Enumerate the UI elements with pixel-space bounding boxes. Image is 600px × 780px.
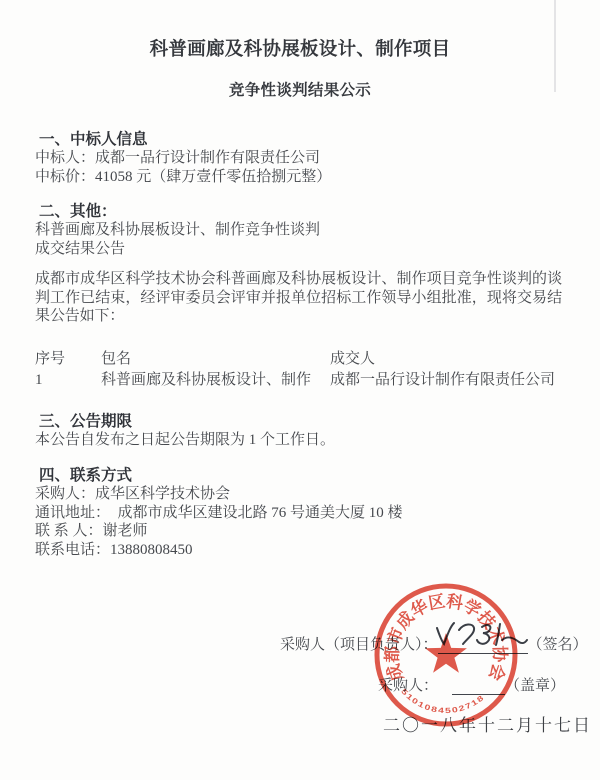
section3-heading: 三、公告期限 <box>35 412 562 431</box>
cell-package: 科普画廊及科协展板设计、制作 <box>101 371 330 390</box>
negotiation-title-line: 科普画廊及科协展板设计、制作竞争性谈判 <box>35 221 562 240</box>
section1-heading: 一、中标人信息 <box>35 130 562 149</box>
col-header-winner: 成交人 <box>330 350 562 369</box>
seal-row: 采购人： （盖章） <box>378 674 565 695</box>
buyer-line: 采购人：成华区科学技术协会 <box>35 485 562 504</box>
contact-person-line: 联 系 人：谢老师 <box>35 522 562 541</box>
table-row: 1 科普画廊及科协展板设计、制作 成都一品行设计制作有限责任公司 <box>35 371 562 390</box>
section-contact-info: 四、联系方式 采购人：成华区科学技术协会 通讯地址： 成都市成华区建设北路 76… <box>35 466 562 560</box>
winner-line: 中标人：成都一品行设计制作有限责任公司 <box>35 149 562 168</box>
section2-heading: 二、其他： <box>35 202 562 221</box>
period-line: 本公告自发布之日起公告期限为 1 个工作日。 <box>35 431 562 450</box>
phone-line: 联系电话：13880808450 <box>35 541 562 560</box>
result-announcement-line: 成交结果公告 <box>35 240 562 259</box>
handwritten-signature <box>432 618 536 652</box>
section4-heading: 四、联系方式 <box>35 466 562 485</box>
official-seal-stamp: 成都市成华区科学技术协会 5101084502718 <box>371 580 521 730</box>
signature-suffix: （签名） <box>528 633 588 654</box>
document-date: 二〇一八年十二月十七日 <box>383 711 592 736</box>
document-body: 一、中标人信息 中标人：成都一品行设计制作有限责任公司 中标价：41058 元（… <box>35 130 562 560</box>
address-line: 通讯地址： 成都市成华区建设北路 76 号通美大厦 10 楼 <box>35 504 562 523</box>
section-other: 二、其他： 科普画廊及科协展板设计、制作竞争性谈判 成交结果公告 成都市成华区科… <box>35 202 562 326</box>
cell-winner: 成都一品行设计制作有限责任公司 <box>330 371 562 390</box>
signature-label: 采购人（项目负责人）： <box>280 633 438 654</box>
seal-suffix: （盖章） <box>505 674 565 695</box>
document-title-line1: 科普画廊及科协展板设计、制作项目 <box>0 35 600 61</box>
price-line: 中标价：41058 元（肆万壹仟零伍拾捌元整） <box>35 168 562 187</box>
signature-row: 采购人（项目负责人）： （签名） <box>280 633 588 654</box>
document-title-line2: 竞争性谈判结果公示 <box>0 78 600 100</box>
table-header-row: 序号 包名 成交人 <box>35 350 562 369</box>
announcement-paragraph: 成都市成华区科学技术协会科普画廊及科协展板设计、制作项目竞争性谈判的谈判工作已结… <box>35 270 562 326</box>
seal-underline <box>452 676 505 695</box>
section-announcement-period: 三、公告期限 本公告自发布之日起公告期限为 1 个工作日。 <box>35 412 562 450</box>
result-table: 序号 包名 成交人 1 科普画廊及科协展板设计、制作 成都一品行设计制作有限责任… <box>35 350 562 389</box>
col-header-package: 包名 <box>101 350 330 369</box>
seal-ring <box>377 586 515 724</box>
signature-underline <box>438 635 528 654</box>
cell-no: 1 <box>35 371 101 390</box>
section-winner-info: 一、中标人信息 中标人：成都一品行设计制作有限责任公司 中标价：41058 元（… <box>35 130 562 186</box>
col-header-no: 序号 <box>35 350 101 369</box>
document-page: 科普画廊及科协展板设计、制作项目 竞争性谈判结果公示 一、中标人信息 中标人：成… <box>0 0 600 780</box>
seal-label: 采购人： <box>378 674 438 695</box>
